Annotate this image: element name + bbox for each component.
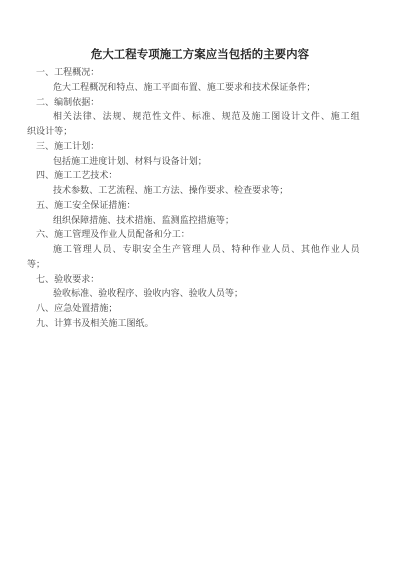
document-line: 危大工程概况和特点、施工平面布置、施工要求和技术保证条件； <box>27 81 384 96</box>
document-line: 九、计算书及相关施工图纸。 <box>27 317 384 332</box>
document-line: 一、工程概况： <box>27 66 384 81</box>
document-line: 施工管理人员、专职安全生产管理人员、特种作业人员、其他作业人员 <box>27 243 384 258</box>
document-body: 一、工程概况：危大工程概况和特点、施工平面布置、施工要求和技术保证条件；二、编制… <box>27 66 384 332</box>
document-line: 技术参数、工艺流程、施工方法、操作要求、检查要求等； <box>27 184 384 199</box>
document-line: 四、施工工艺技术： <box>27 169 384 184</box>
document-line: 五、施工安全保证措施： <box>27 199 384 214</box>
document-line: 六、施工管理及作业人员配备和分工： <box>27 228 384 243</box>
document-line: 包括施工进度计划、材料与设备计划； <box>27 155 384 170</box>
document-line: 二、编制依据： <box>27 96 384 111</box>
document-title: 危大工程专项施工方案应当包括的主要内容 <box>0 48 400 61</box>
document-line: 三、施工计划： <box>27 140 384 155</box>
document-line: 验收标准、验收程序、验收内容、验收人员等； <box>27 287 384 302</box>
document-line: 等； <box>27 258 384 273</box>
document-line: 相关法律、法规、规范性文件、标准、规范及施工图设计文件、施工组 <box>27 110 384 125</box>
document-line: 八、应急处置措施； <box>27 302 384 317</box>
document-line: 织设计等； <box>27 125 384 140</box>
document-line: 七、验收要求： <box>27 273 384 288</box>
document-page: 危大工程专项施工方案应当包括的主要内容 一、工程概况：危大工程概况和特点、施工平… <box>0 0 400 566</box>
document-line: 组织保障措施、技术措施、监测监控措施等； <box>27 214 384 229</box>
